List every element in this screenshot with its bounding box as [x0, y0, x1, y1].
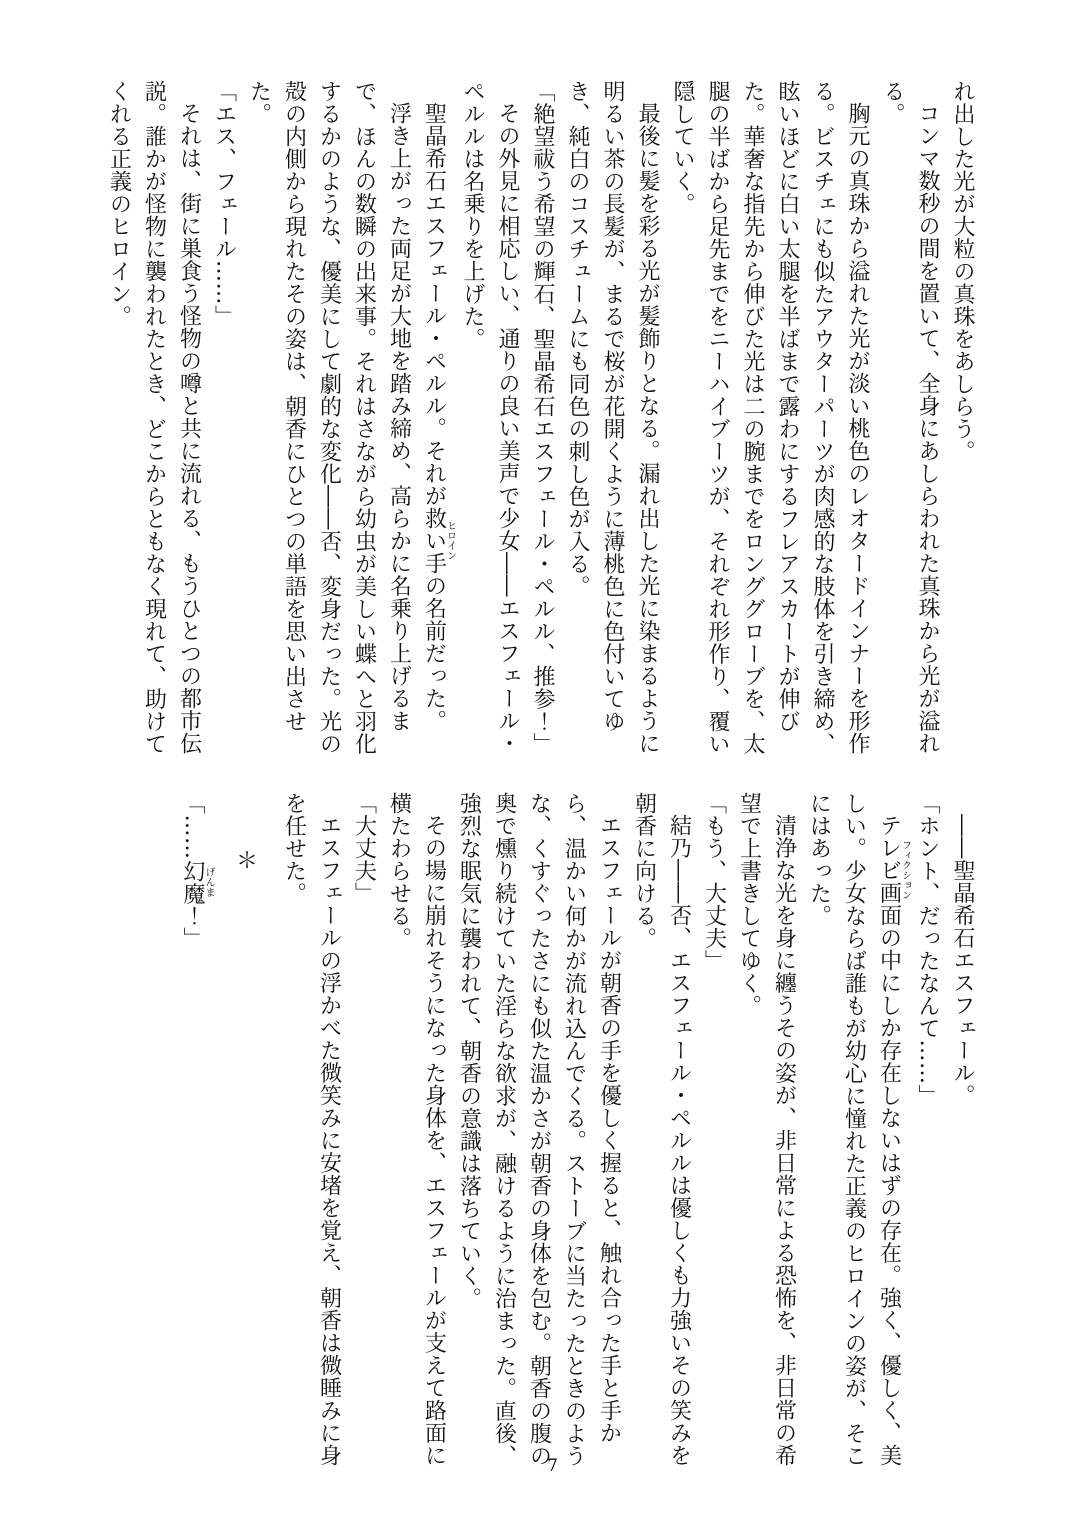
- paragraph: 「ホント、だったなんて……」: [910, 792, 945, 1470]
- paragraph: エスフェールの浮かべた微笑みに安堵を覚え、朝香は微睡みに身を任せた。: [277, 792, 347, 1470]
- paragraph: れ出した光が大粒の真珠をあしらう。: [945, 80, 980, 758]
- scene-break-marker: ＊: [228, 792, 263, 1470]
- text-block-lower: ――聖晶希石エスフェール。「ホント、だったなんて……」テレビ画面フィクションの中…: [175, 792, 980, 1470]
- paragraph: コンマ数秒の間を置いて、全身にあしらわれた真珠から光が溢れる。: [875, 80, 945, 758]
- paragraph: 「エス、フェール……」: [207, 80, 242, 758]
- ruby-annotation: テレビ画面フィクション: [877, 814, 902, 927]
- page-number: 7: [0, 1456, 1075, 1476]
- paragraph: 聖晶希石エスフェール・ペルル。それが救い手ヒロインの名前だった。: [417, 80, 456, 758]
- paragraph: 清浄な光を身に纏うその姿が、非日常による恐怖を、非日常の希望で上書きしてゆく。: [732, 792, 802, 1470]
- paragraph: 結乃――否、エスフェール・ペルルは優しくも力強いその笑みを朝香に向ける。: [627, 792, 697, 1470]
- paragraph: その場に崩れそうになった身体を、エスフェールが支えて路面に横たわらせる。: [382, 792, 452, 1470]
- text-block-upper: れ出した光が大粒の真珠をあしらう。コンマ数秒の間を置いて、全身にあしらわれた真珠…: [102, 80, 981, 758]
- novel-page: れ出した光が大粒の真珠をあしらう。コンマ数秒の間を置いて、全身にあしらわれた真珠…: [0, 0, 1075, 1518]
- paragraph: 浮き上がった両足が大地を踏み締め、高らかに名乗り上げるまで、ほんの数瞬の出来事。…: [242, 80, 417, 758]
- ruby-annotation: 幻魔げんま: [180, 860, 205, 905]
- paragraph: 「もう、大丈夫」: [697, 792, 732, 1470]
- paragraph: 「……幻魔げんま！」: [175, 792, 214, 1470]
- paragraph: その外見に相応しい、通りの良い美声で少女――エスフェール・ペルルは名乗りを上げた…: [455, 80, 525, 758]
- paragraph: テレビ画面フィクションの中にしか存在しないはずの存在。強く、優しく、美しい。少女…: [802, 792, 911, 1470]
- paragraph: 最後に髪を彩る光が髪飾りとなる。漏れ出した光に染まるように明るい茶の長髪が、まる…: [560, 80, 665, 758]
- ruby-annotation: 救い手ヒロイン: [422, 507, 447, 575]
- paragraph: エスフェールが朝香の手を優しく握ると、触れ合った手と手から、温かい何かが流れ込ん…: [452, 792, 627, 1470]
- paragraph: 胸元の真珠から溢れた光が淡い桃色のレオタードインナーを形作る。ビスチェにも似たア…: [665, 80, 875, 758]
- paragraph: 「大丈夫」: [347, 792, 382, 1470]
- paragraph: それは、街に巣食う怪物の噂と共に流れる、もうひとつの都市伝説。誰かが怪物に襲われ…: [102, 80, 207, 758]
- paragraph: 「絶望祓う希望の輝石、聖晶希石エスフェール・ペルル、推参！」: [525, 80, 560, 758]
- paragraph: ――聖晶希石エスフェール。: [945, 792, 980, 1470]
